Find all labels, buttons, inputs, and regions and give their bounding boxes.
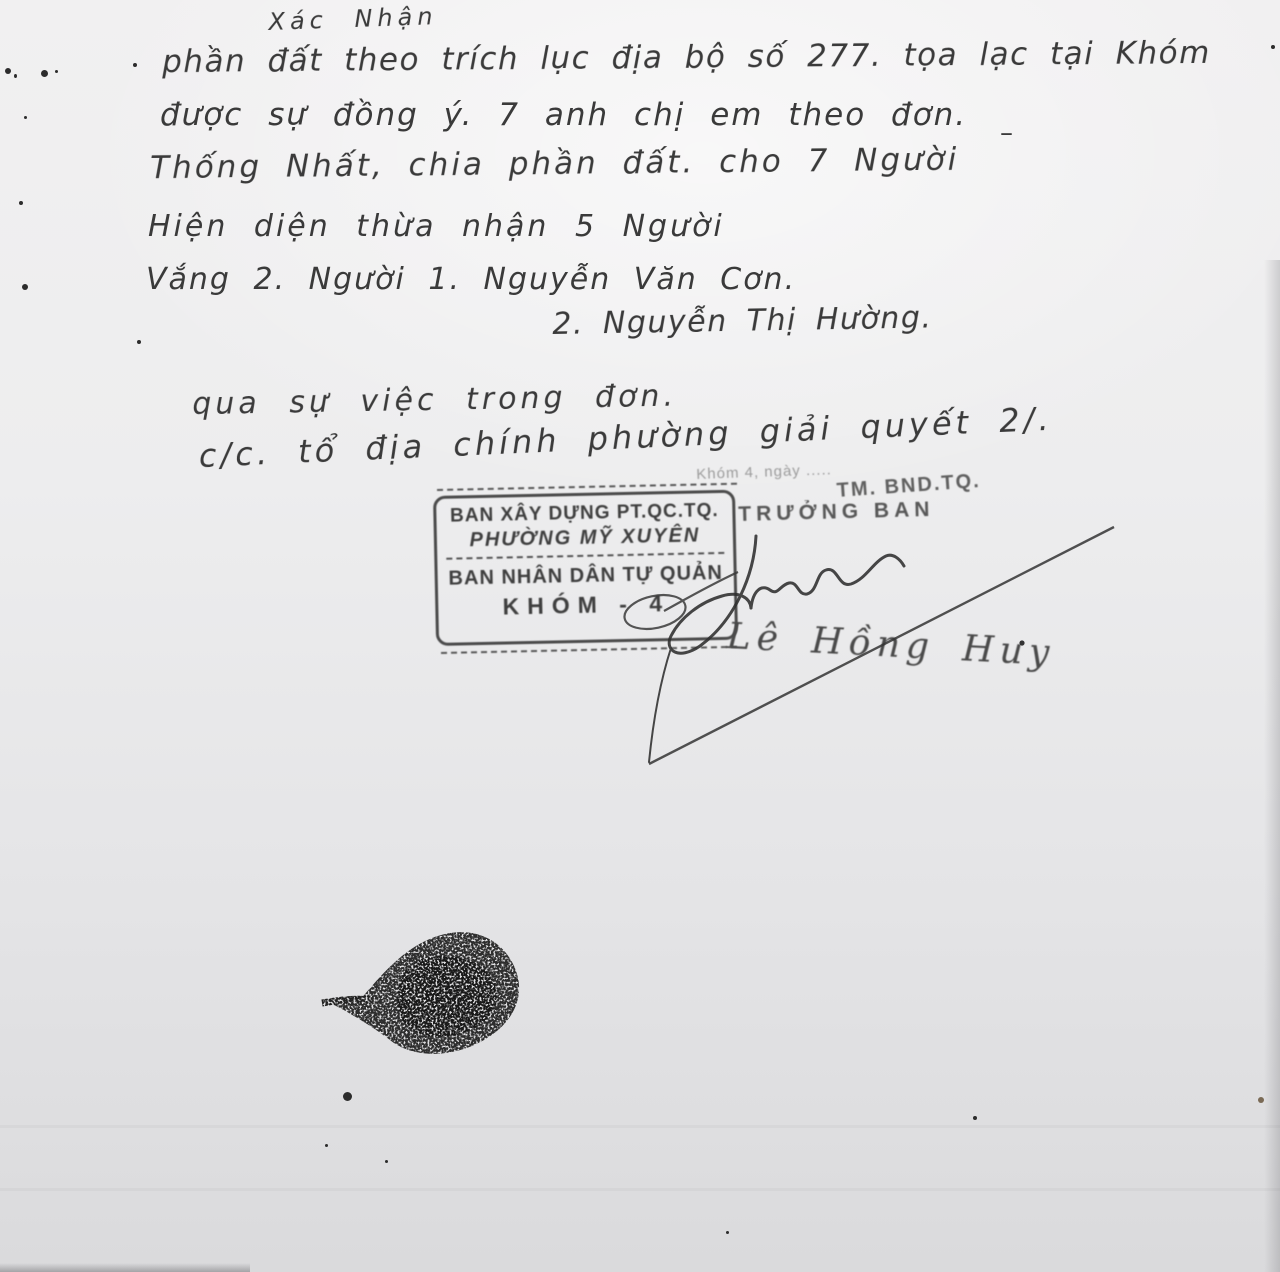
ink-speck — [1271, 45, 1275, 49]
stamp-ward-line: PHƯỜNG MỸ XUYÊN — [437, 522, 733, 553]
handwritten-dash-mark: – — [1000, 118, 1013, 148]
ink-speck — [973, 1116, 977, 1120]
paper-crease — [0, 1188, 1280, 1191]
stamp-role-line: TRƯỞNG BAN — [738, 498, 935, 527]
official-stamp-box: BAN XÂY DỰNG PT.QC.TQ. PHƯỜNG MỸ XUYÊN B… — [433, 490, 738, 646]
handwritten-title: Xác Nhận — [268, 2, 438, 36]
handwritten-line: được sự đồng ý. 7 anh chị em theo đơn. — [160, 97, 967, 133]
scan-shadow-bottom-edge — [0, 1263, 250, 1272]
stamp-board-line: BAN NHÂN DÂN TỰ QUẢN — [437, 560, 733, 591]
ink-speck — [22, 284, 28, 290]
handwritten-line: Hiện diện thừa nhận 5 Người — [148, 209, 725, 244]
stamp-date-line: Khóm 4, ngày ..... — [696, 461, 832, 483]
ink-speck — [385, 1160, 388, 1163]
stamp-khom-line: KHÓM - 4 — [438, 587, 735, 622]
scan-shadow-right-edge — [1264, 260, 1280, 1272]
ink-speck — [133, 63, 137, 67]
handwritten-line: phần đất theo trích lục địa bộ số 277. t… — [162, 35, 1211, 80]
ink-speck — [24, 116, 27, 119]
ink-speck — [343, 1092, 352, 1101]
signer-name-script: Lê Hồng Huy — [726, 616, 1056, 674]
stamp-dashed-rule-bottom — [441, 646, 737, 654]
ink-speck — [55, 70, 58, 73]
handwritten-line: 2. Nguyễn Thị Hường. — [552, 300, 933, 342]
handwritten-line: Vắng 2. Người 1. Nguyễn Văn Cơn. — [146, 262, 796, 297]
paper-crease — [0, 1125, 1280, 1128]
ink-speck — [19, 201, 23, 205]
ink-speck — [137, 340, 141, 344]
ink-speck — [5, 68, 11, 74]
ink-speck — [325, 1144, 328, 1147]
scanned-document-page: Xác Nhận phần đất theo trích lục địa bộ … — [0, 0, 1280, 1272]
stamp-divider-line — [446, 552, 724, 560]
ink-speck — [726, 1231, 729, 1234]
ink-speck — [14, 74, 17, 78]
handwritten-line: Thống Nhất, chia phần đất. cho 7 Người — [150, 142, 959, 186]
ink-blot — [322, 932, 519, 1054]
ink-speck — [41, 70, 48, 77]
handwritten-line: qua sự việc trong đơn. — [192, 379, 677, 422]
